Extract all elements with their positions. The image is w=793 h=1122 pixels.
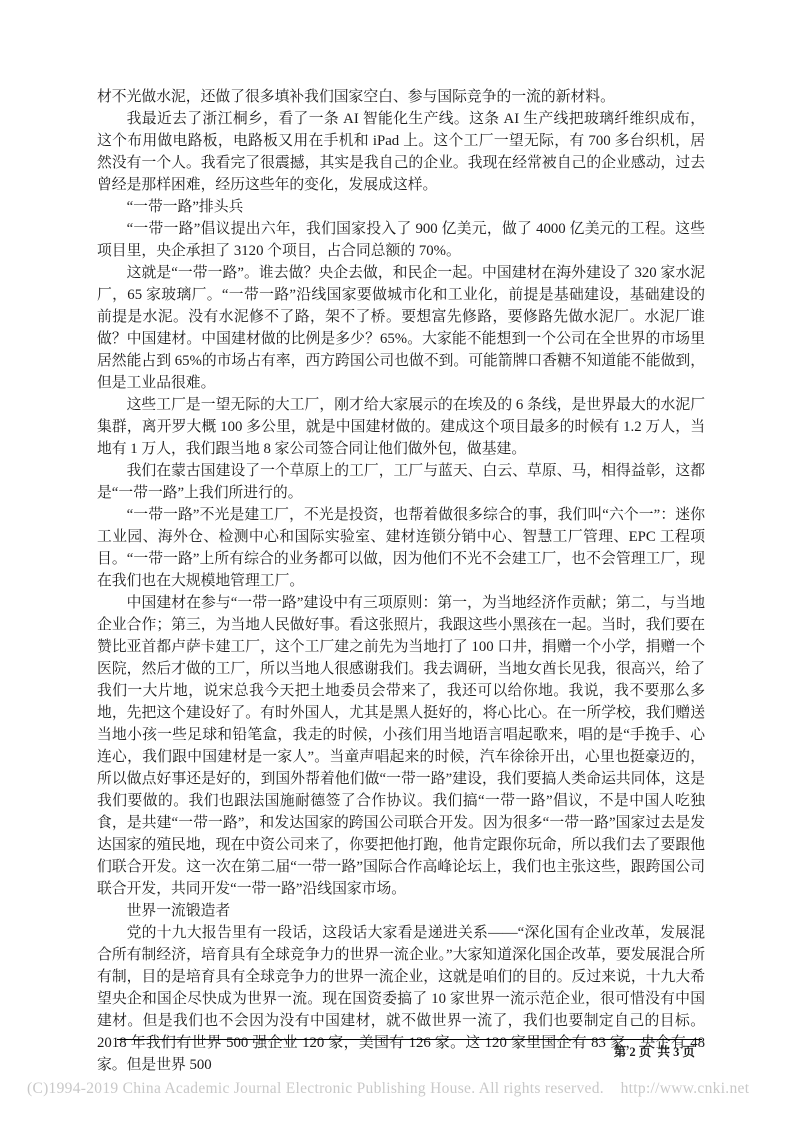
paragraph: 我们在蒙古国建设了一个草原上的工厂，工厂与蓝天、白云、草原、马，相得益彰，这都是… [97, 460, 705, 504]
section-heading: 世界一流锻造者 [97, 900, 705, 922]
paragraph: 材不光做水泥，还做了很多填补我们国家空白、参与国际竞争的一流的新材料。 [97, 86, 705, 108]
section-heading: “一带一路”排头兵 [97, 196, 705, 218]
document-page: 材不光做水泥，还做了很多填补我们国家空白、参与国际竞争的一流的新材料。我最近去了… [0, 0, 793, 1122]
footer-divider [117, 1039, 702, 1040]
paragraph: 这些工厂是一望无际的大工厂，刚才给大家展示的在埃及的 6 条线，是世界最大的水泥… [97, 394, 705, 460]
paragraph: 我最近去了浙江桐乡，看了一条 AI 智能化生产线。这条 AI 生产线把玻璃纤维织… [97, 108, 705, 196]
paragraph: “一带一路”倡议提出六年，我们国家投入了 900 亿美元，做了 4000 亿美元… [97, 218, 705, 262]
paragraph: 中国建材在参与“一带一路”建设中有三项原则：第一，为当地经济作贡献；第二，与当地… [97, 592, 705, 900]
paragraph: “一带一路”不光是建工厂，不光是投资，也帮着做很多综合的事，我们叫“六个一”：迷… [97, 504, 705, 592]
paragraph: 这就是“一带一路”。谁去做？央企去做，和民企一起。中国建材在海外建设了 320 … [97, 262, 705, 394]
document-body: 材不光做水泥，还做了很多填补我们国家空白、参与国际竞争的一流的新材料。我最近去了… [97, 86, 705, 1076]
page-number: 第 2 页 共 3 页 [117, 1042, 695, 1060]
copyright-watermark: (C)1994-2019 China Academic Journal Elec… [27, 1080, 749, 1098]
